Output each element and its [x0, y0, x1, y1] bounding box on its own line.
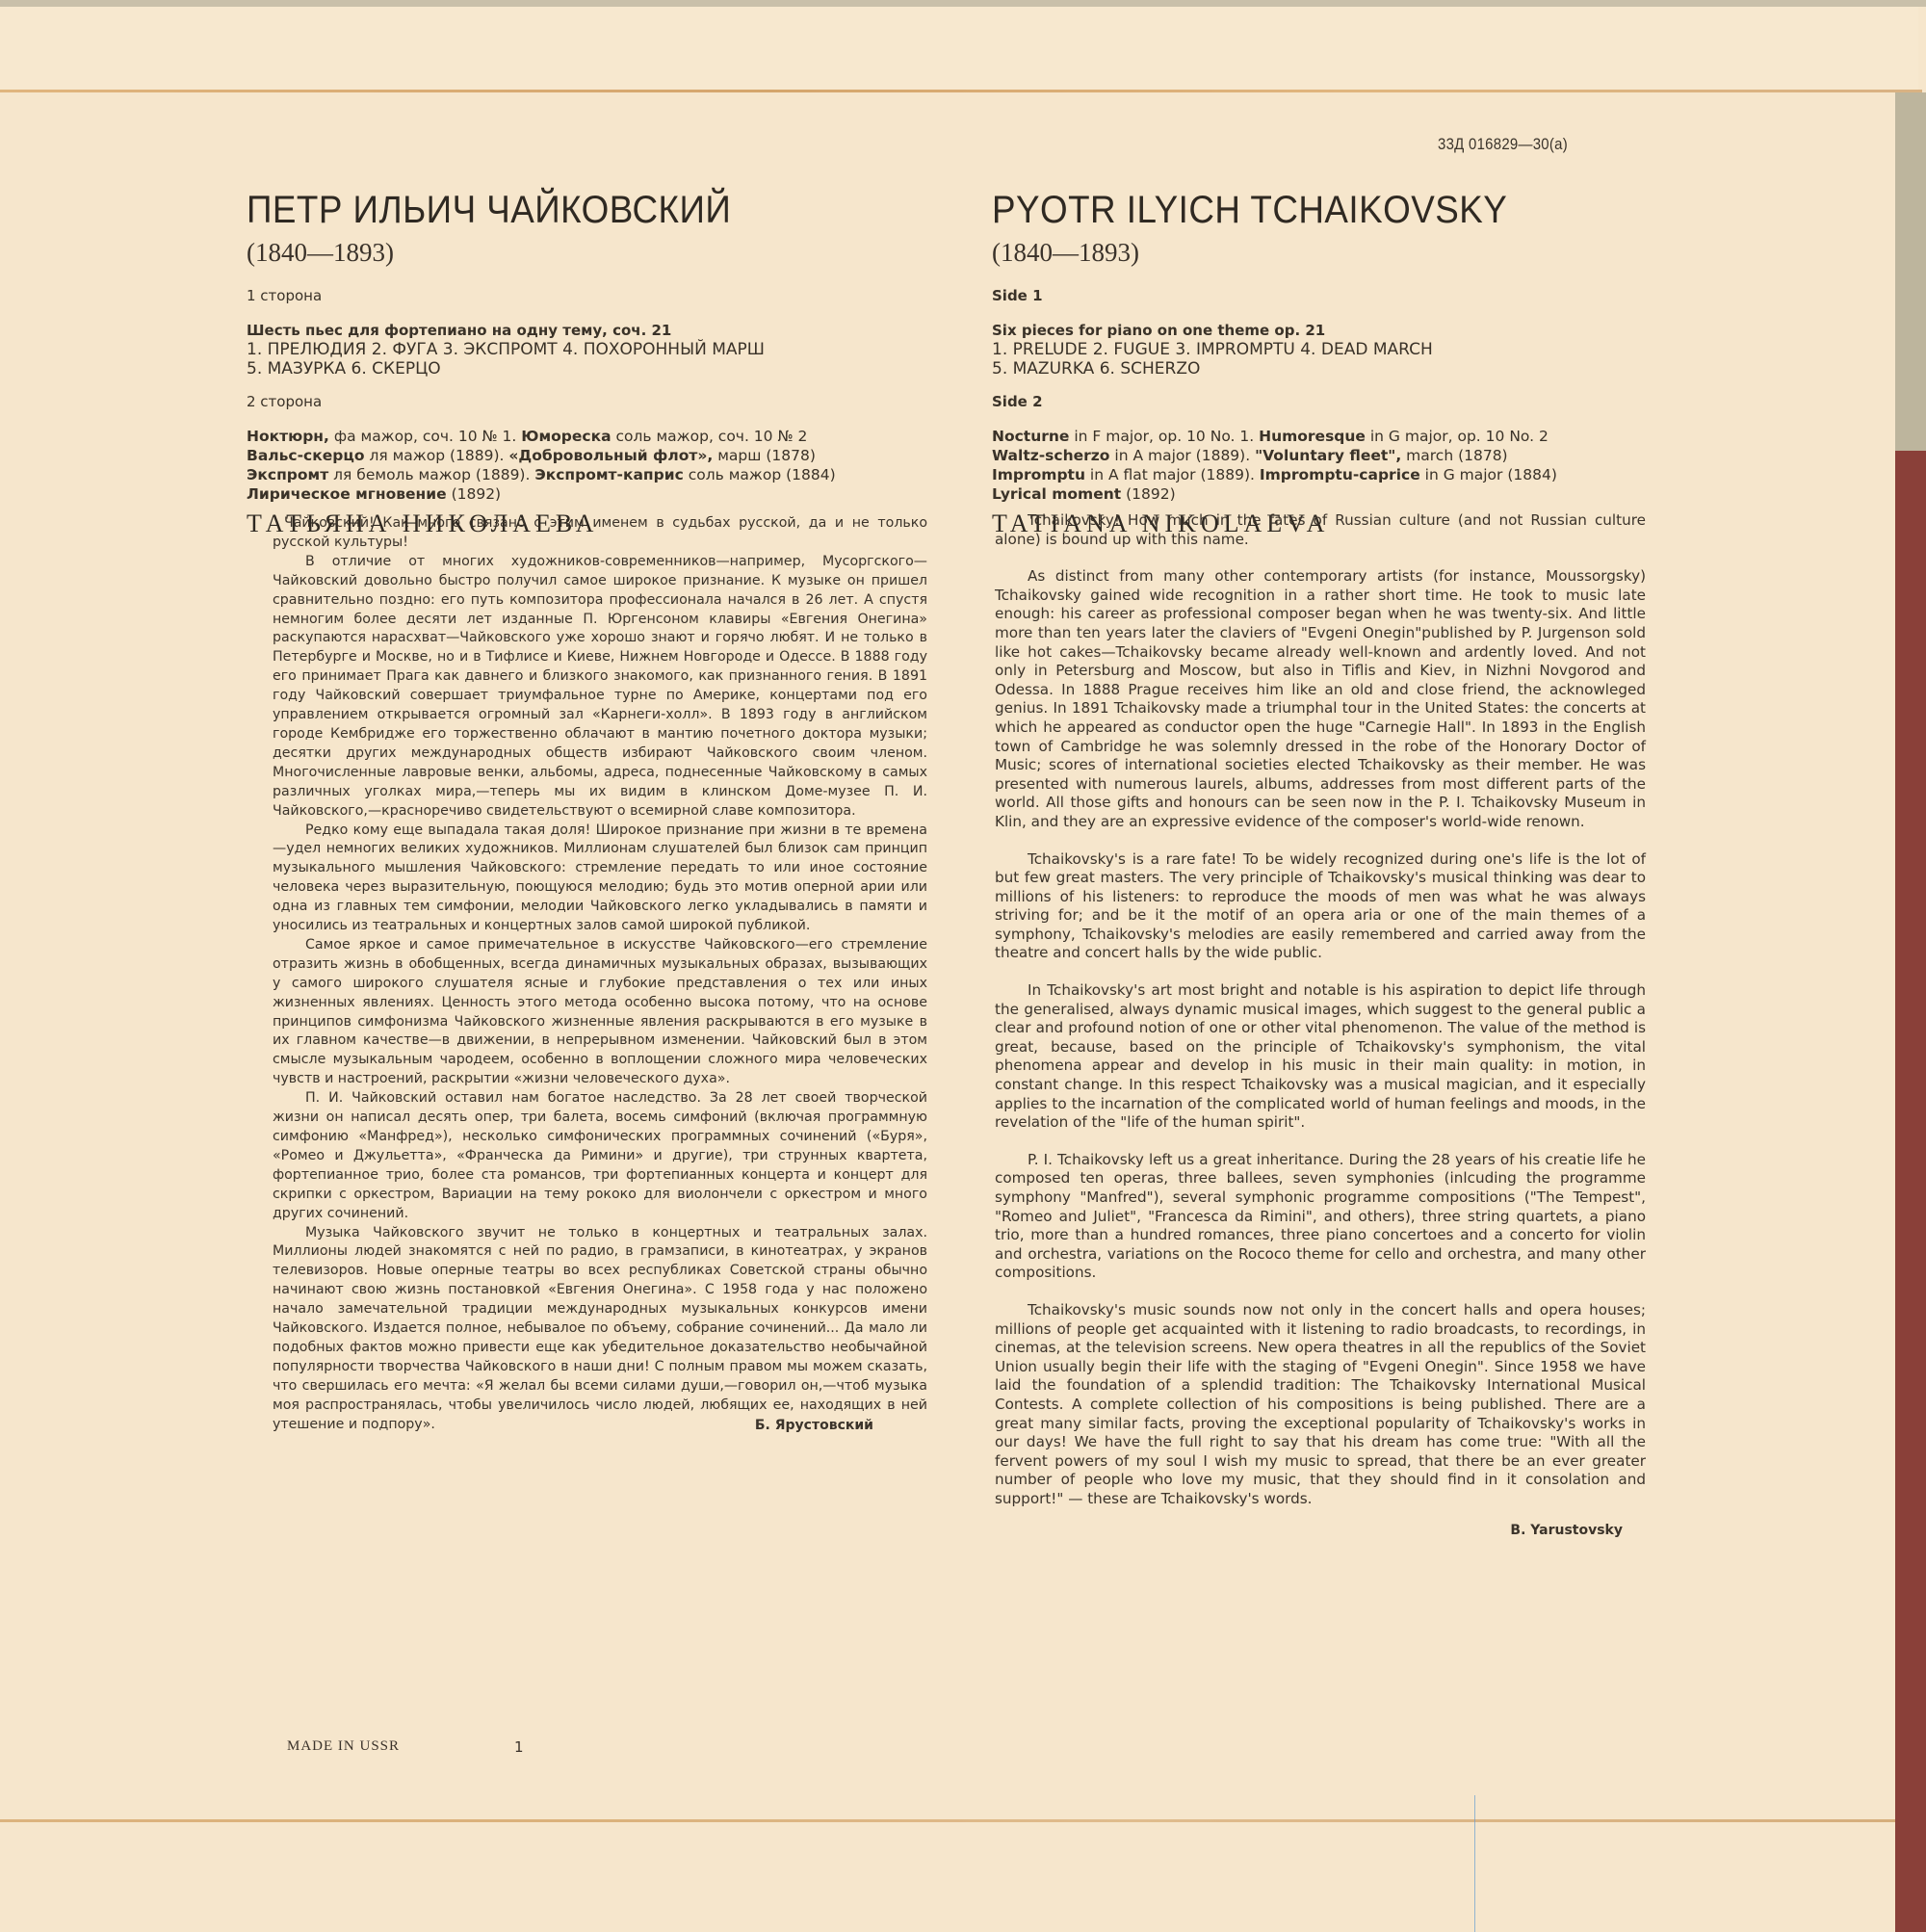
side1-work-en: Six pieces for piano on one theme op. 21 — [992, 321, 1649, 340]
side2-list-ru: Ноктюрн, фа мажор, соч. 10 № 1. Юмореска… — [247, 427, 932, 504]
track-detail: march (1878) — [1401, 447, 1507, 464]
side1-label-ru: 1 сторона — [247, 286, 932, 305]
essay-paragraph: Tchaikovsky! How much in the fates of Ru… — [995, 511, 1646, 549]
side1-label-en: Side 1 — [992, 286, 1649, 305]
track-detail: марш (1878) — [713, 447, 816, 464]
side2-label-ru: 2 сторона — [247, 392, 932, 411]
made-in-label: MADE IN USSR — [287, 1738, 400, 1755]
essay-paragraph: Музыка Чайковского звучит не только в ко… — [273, 1224, 927, 1435]
essay-paragraph: In Tchaikovsky's art most bright and not… — [995, 981, 1646, 1133]
track-detail: in G major, op. 10 No. 2 — [1366, 428, 1549, 445]
track-detail: in F major, op. 10 No. 1. — [1069, 428, 1259, 445]
track-detail: in A major (1889). — [1109, 447, 1255, 464]
composer-years-ru: (1840—1893) — [247, 238, 932, 267]
track-title: Impromptu-caprice — [1260, 466, 1420, 483]
side1-items-en-2: 5. MAZURKA 6. SCHERZO — [992, 359, 1649, 379]
track-title: Экспромт-каприс — [534, 466, 683, 483]
essay-paragraph: Самое яркое и самое примечательное в иск… — [273, 936, 927, 1089]
essay-paragraph: В отличие от многих художников-современн… — [273, 553, 927, 822]
track-detail: соль мажор (1884) — [684, 466, 836, 483]
track-line: Impromptu in A flat major (1889). Improm… — [992, 465, 1649, 484]
cover-top-flap — [0, 7, 1918, 92]
track-title: Юмореска — [521, 428, 611, 445]
track-line: Вальс-скерцо ля мажор (1889). «Доброволь… — [247, 446, 932, 465]
essay-paragraph: Tchaikovsky's music sounds now not only … — [995, 1301, 1646, 1509]
track-title: "Voluntary fleet", — [1255, 447, 1401, 464]
essay-english: Tchaikovsky! How much in the fates of Ru… — [995, 511, 1646, 1540]
side1-items-ru-1: 1. ПРЕЛЮДИЯ 2. ФУГА 3. ЭКСПРОМТ 4. ПОХОР… — [247, 340, 932, 359]
track-line: Waltz-scherzo in A major (1889). "Volunt… — [992, 446, 1649, 465]
composer-title-en: PYOTR ILYICH TCHAIKOVSKY — [992, 188, 1596, 232]
top-fold-line — [0, 90, 1922, 92]
essay-paragraph: Чайковский! Как много связано с этим име… — [273, 514, 927, 553]
track-title: Лирическое мгновение — [247, 485, 447, 503]
bottom-fold-line — [0, 1819, 1895, 1822]
track-title: Humoresque — [1259, 428, 1366, 445]
track-title: Экспромт — [247, 466, 328, 483]
track-title: Вальс-скерцо — [247, 447, 365, 464]
composer-title-ru: ПЕТР ИЛЬИЧ ЧАЙКОВСКИЙ — [247, 188, 877, 232]
author-signature: B. Yarustovsky — [995, 1522, 1646, 1541]
spine-red-band — [1895, 451, 1926, 1932]
track-line: Nocturne in F major, op. 10 No. 1. Humor… — [992, 427, 1649, 446]
composer-years-en: (1840—1893) — [992, 238, 1649, 267]
track-title: Ноктюрн, — [247, 428, 329, 445]
track-line: Экспромт ля бемоль мажор (1889). Экспром… — [247, 465, 932, 484]
english-header: PYOTR ILYICH TCHAIKOVSKY (1840—1893) Sid… — [992, 188, 1649, 538]
cover-top-edge — [0, 0, 1926, 7]
catalog-number: 33Д 016829—30(а) — [1438, 135, 1568, 154]
track-line: Лирическое мгновение (1892) — [247, 484, 932, 504]
track-detail: соль мажор, соч. 10 № 2 — [612, 428, 808, 445]
essay-paragraph: P. I. Tchaikovsky left us a great inheri… — [995, 1151, 1646, 1283]
side1-work-ru: Шесть пьес для фортепиано на одну тему, … — [247, 321, 932, 340]
track-detail: ля бемоль мажор (1889). — [328, 466, 534, 483]
spine-grey-band — [1895, 92, 1926, 451]
pen-mark — [1474, 1795, 1475, 1932]
track-detail: фа мажор, соч. 10 № 1. — [329, 428, 521, 445]
side2-label-en: Side 2 — [992, 392, 1649, 411]
side1-items-ru-2: 5. МАЗУРКА 6. СКЕРЦО — [247, 359, 932, 379]
russian-header: ПЕТР ИЛЬИЧ ЧАЙКОВСКИЙ (1840—1893) 1 стор… — [247, 188, 932, 538]
track-title: Nocturne — [992, 428, 1069, 445]
side1-items-en-1: 1. PRELUDE 2. FUGUE 3. IMPROMPTU 4. DEAD… — [992, 340, 1649, 359]
side2-list-en: Nocturne in F major, op. 10 No. 1. Humor… — [992, 427, 1649, 504]
page-number: 1 — [514, 1738, 524, 1756]
track-title: «Добровольный флот», — [508, 447, 713, 464]
essay-paragraph: As distinct from many other contemporary… — [995, 567, 1646, 831]
essay-paragraph: Tchaikovsky's is a rare fate! To be wide… — [995, 850, 1646, 964]
track-title: Impromptu — [992, 466, 1085, 483]
track-detail: (1892) — [447, 485, 501, 503]
track-detail: (1892) — [1121, 485, 1175, 503]
essay-russian: Чайковский! Как много связано с этим име… — [273, 514, 927, 1435]
essay-paragraph: Редко кому еще выпадала такая доля! Широ… — [273, 822, 927, 936]
track-detail: in G major (1884) — [1420, 466, 1557, 483]
track-title: Lyrical moment — [992, 485, 1121, 503]
track-title: Waltz-scherzo — [992, 447, 1109, 464]
essay-paragraph: П. И. Чайковский оставил нам богатое нас… — [273, 1089, 927, 1223]
track-line: Lyrical moment (1892) — [992, 484, 1649, 504]
track-line: Ноктюрн, фа мажор, соч. 10 № 1. Юмореска… — [247, 427, 932, 446]
track-detail: ля мажор (1889). — [365, 447, 509, 464]
track-detail: in A flat major (1889). — [1085, 466, 1260, 483]
